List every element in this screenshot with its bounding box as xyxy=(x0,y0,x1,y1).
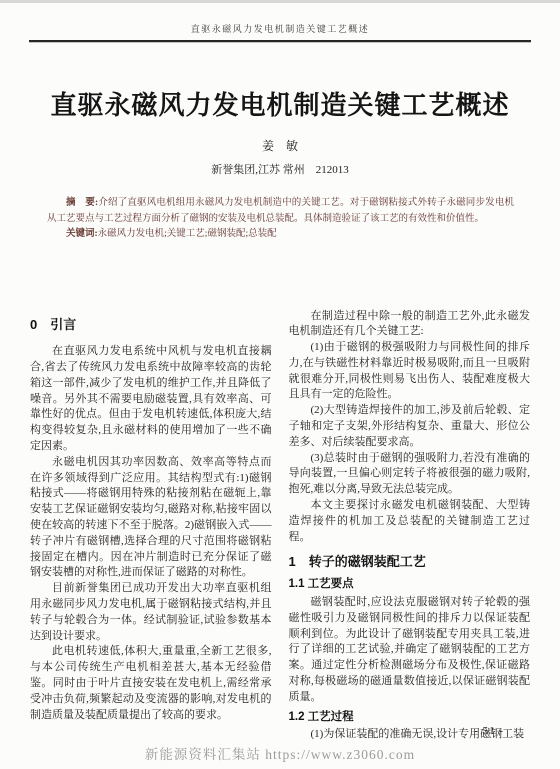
paper-title: 直驱永磁风力发电机制造关键工艺概述 xyxy=(0,85,560,122)
body-paragraph: 目前新誉集团已成功开发出大功率直驱机组用永磁同步风力发电机,属于磁钢粘接式结构,… xyxy=(30,581,272,644)
left-column: 0 引言 在直驱风力发电系统中风机与发电机直接耦合,省去了传统风力发电系统中故障… xyxy=(30,309,272,744)
author-name: 姜 敏 xyxy=(0,137,560,154)
page-number: - 51 - xyxy=(474,725,504,737)
body-paragraph: (2)大型铸造焊接件的加工,涉及前后轮毂、定子轴和定子支架,外形结构复杂、重量大… xyxy=(289,403,531,450)
watermark-text: 新能源资料汇集站 https://www.z3060.com xyxy=(0,743,560,763)
two-column-body: 0 引言 在直驱风力发电系统中风机与发电机直接耦合,省去了传统风力发电系统中故障… xyxy=(30,309,530,744)
abstract-paragraph: 摘 要:介绍了直驱风电机组用永磁风力发电机制造中的关键工艺。对于磁钢粘接式外转子… xyxy=(47,196,514,227)
section-0-heading: 0 引言 xyxy=(30,317,272,333)
section-1-1-heading: 1.1 工艺要点 xyxy=(289,577,531,593)
body-paragraph: (3)总装时由于磁钢的强吸附力,若没有准确的导向装置,一旦偏心则定转子将被很强的… xyxy=(289,451,531,498)
running-head: 直驱永磁风力发电机制造关键工艺概述 xyxy=(0,0,560,35)
section-1-heading: 1 转子的磁钢装配工艺 xyxy=(289,554,531,570)
body-paragraph: (1)由于磁钢的极强吸附力与同极性间的排斥力,在与铁磁性材料靠近时极易吸附,而且… xyxy=(289,340,531,403)
header-rule xyxy=(29,40,531,43)
abstract-label: 摘 要: xyxy=(66,198,98,208)
body-paragraph: 磁钢装配时,应设法克服磁钢对转子轮毂的强磁性吸引力及磁钢同极性间的排斥力以保证装… xyxy=(289,595,531,706)
right-column: 在制造过程中除一般的制造工艺外,此永磁发电机制造还有几个关键工艺: (1)由于磁… xyxy=(289,309,531,744)
body-paragraph: 永磁电机因其功率因数高、效率高等特点而在许多领域得到广泛应用。其结构型式有:1)… xyxy=(30,455,272,581)
body-paragraph: 在直驱风力发电系统中风机与发电机直接耦合,省去了传统风力发电系统中故障率较高的齿… xyxy=(30,344,272,455)
author-affiliation: 新誉集团,江苏 常州 212013 xyxy=(0,161,560,177)
body-paragraph: 此电机转速低,体积大,重量重,全新工艺很多,与本公司传统生产电机相差甚大,基本无… xyxy=(30,644,272,723)
keywords-paragraph: 关键词:永磁风力发电机;关键工艺;磁钢装配;总装配 xyxy=(47,227,514,243)
section-1-2-heading: 1.2 工艺过程 xyxy=(289,710,531,726)
body-paragraph: 本文主要探讨永磁发电机磁钢装配、大型铸造焊接件的机加工及总装配的关键制造工艺过程… xyxy=(289,498,531,545)
abstract-text: 介绍了直驱风电机组用永磁风力发电机制造中的关键工艺。对于磁钢粘接式外转子永磁同步… xyxy=(47,198,514,224)
abstract-block: 摘 要:介绍了直驱风电机组用永磁风力发电机制造中的关键工艺。对于磁钢粘接式外转子… xyxy=(47,196,514,243)
keywords-text: 永磁风力发电机;关键工艺;磁钢装配;总装配 xyxy=(98,229,277,239)
body-paragraph: 在制造过程中除一般的制造工艺外,此永磁发电机制造还有几个关键工艺: xyxy=(289,309,531,341)
keywords-label: 关键词: xyxy=(66,229,98,239)
scan-edge-artifact xyxy=(0,0,560,3)
paper-page: 直驱永磁风力发电机制造关键工艺概述 直驱永磁风力发电机制造关键工艺概述 姜 敏 … xyxy=(0,0,560,769)
